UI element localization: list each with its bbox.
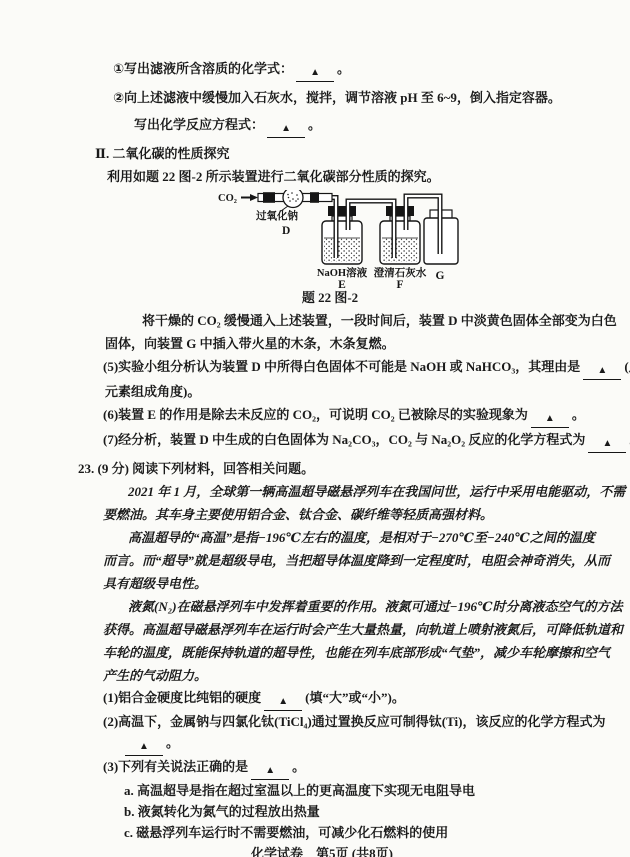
- footer-text: 化学试卷 第5页 (共8页): [251, 846, 393, 857]
- e-letter-label: E: [338, 279, 346, 290]
- answer-blank: ▲: [251, 764, 289, 780]
- q23-passage-line: 液氮(N₂)在磁悬浮列车中发挥着重要的作用。液氮可通过−196℃时分离液态空气的…: [128, 595, 582, 618]
- q23-option-c: c. 磁悬浮列车运行时不需要燃油，可减少化石燃料的使用: [124, 822, 582, 843]
- line-text: (5)实验小组分析认为装置 D 中所得白色固体不可能是 NaOH 或 NaHCO…: [103, 359, 580, 374]
- q23-option-a: a. 高温超导是指在超过室温以上的更高温度下实现无电阻导电: [124, 780, 582, 801]
- line-text: (6)装置 E 的作用是除去未反应的 CO₂，可说明 CO₂ 已被除尽的实验现象…: [103, 407, 528, 422]
- d-letter-label: D: [282, 225, 290, 237]
- line-text: 利用如题 22 图-2 所示装置进行二氧化碳部分性质的探究。: [107, 169, 440, 184]
- e-substance-label: NaOH溶液: [317, 266, 368, 279]
- q22-sub-item-2: ②向上述滤液中缓慢加入石灰水，搅拌，调节溶液 pH 至 6~9，倒入指定容器。: [113, 86, 582, 109]
- blank-triangle: ▲: [602, 438, 612, 449]
- line-text: (7)经分析，装置 D 中生成的白色固体为 Na₂CO₃，CO₂ 与 Na₂O₂…: [103, 432, 585, 447]
- f-letter-label: F: [396, 279, 403, 290]
- q23-heading: 23. (9 分) 阅读下列材料，回答相关问题。: [78, 457, 582, 480]
- exam-paper-page: ①写出滤液所含溶质的化学式：▲。 ②向上述滤液中缓慢加入石灰水，搅拌，调节溶液 …: [0, 0, 630, 857]
- q22-paragraph-line-2: 固体，向装置 G 中插入带火星的木条，木条复燃。: [105, 332, 582, 355]
- q22-item-5: (5)实验小组分析认为装置 D 中所得白色固体不可能是 NaOH 或 NaHCO…: [103, 355, 582, 380]
- line-text: (1)铝合金硬度比纯铝的硬度: [103, 690, 261, 705]
- blank-triangle: ▲: [265, 765, 275, 776]
- q23-passage-line: 要燃油。其车身主要使用铝合金、钛合金、碳纤维等轻质高强材料。: [103, 503, 582, 526]
- line-text: 写出化学反应方程式：: [134, 117, 264, 132]
- line-text: 固体，向装置 G 中插入带火星的木条，木条复燃。: [105, 336, 395, 351]
- line-text: 而言。而“超导”就是超级导电，当把超导体温度降到一定程度时，电阻会神奇消失，从而: [103, 553, 610, 568]
- q23-passage-line: 2021 年 1 月，全球第一辆高温超导磁悬浮列车在我国问世，运行中采用电能驱动…: [128, 480, 582, 503]
- q22-item-7: (7)经分析，装置 D 中生成的白色固体为 Na₂CO₃，CO₂ 与 Na₂O₂…: [103, 428, 582, 453]
- answer-blank: ▲: [296, 66, 334, 82]
- q23-item-2: (2)高温下，金属钠与四氯化钛(TiCl₄)通过置换反应可制得钛(Ti)，该反应…: [103, 711, 582, 732]
- line-text: (填“大”或“小”)。: [305, 690, 405, 705]
- line-text: 高温超导的“高温”是指−196℃左右的温度，是相对于−270℃至−240℃之间的…: [128, 530, 595, 545]
- line-text: 车轮的温度，既能保持轨道的超导性，也能在列车底部形成“气垫”，减少车轮摩擦和空气: [103, 645, 610, 660]
- q22-item-6: (6)装置 E 的作用是除去未反应的 CO₂，可说明 CO₂ 已被除尽的实验现象…: [103, 403, 582, 428]
- line-text: b. 液氮转化为氮气的过程放出热量: [124, 804, 320, 819]
- section-2-title: Ⅱ. 二氧化碳的性质探究: [95, 142, 582, 165]
- line-text: (2)高温下，金属钠与四氯化钛(TiCl₄)通过置换反应可制得钛(Ti)，该反应…: [103, 714, 605, 729]
- line-text: ①写出滤液所含溶质的化学式：: [113, 61, 293, 76]
- blank-triangle: ▲: [545, 413, 555, 424]
- answer-blank: ▲: [264, 695, 302, 711]
- q23-item-2-answer-line: ▲。: [122, 732, 582, 756]
- q23-passage-line: 具有超级导电性。: [103, 572, 582, 595]
- q23-passage-line: 获得。高温超导磁悬浮列车在运行时会产生大量热量，向轨道上喷射液氮后，可降低轨道和: [103, 618, 582, 641]
- line-text: 液氮(N₂)在磁悬浮列车中发挥着重要的作用。液氮可通过−196℃时分离液态空气的…: [128, 599, 623, 614]
- line-text: (从: [624, 359, 630, 374]
- gas-washing-bottle-f: [380, 206, 420, 264]
- experiment-apparatus-diagram: CO₂: [218, 190, 462, 290]
- q22-sub-item-1: ①写出滤液所含溶质的化学式：▲。: [113, 57, 582, 82]
- q23-passage-line: 产生的气动阻力。: [103, 664, 582, 687]
- q23-passage-line: 而言。而“超导”就是超级导电，当把超导体温度降到一定程度时，电阻会神奇消失，从而: [103, 549, 582, 572]
- co2-inlet-label: CO₂: [218, 193, 237, 204]
- line-text: (3)下列有关说法正确的是: [103, 759, 248, 774]
- q23-passage-line: 高温超导的“高温”是指−196℃左右的温度，是相对于−270℃至−240℃之间的…: [128, 526, 582, 549]
- q23-item-1: (1)铝合金硬度比纯铝的硬度▲(填“大”或“小”)。: [103, 687, 582, 711]
- answer-blank: ▲: [531, 412, 569, 428]
- line-text: 2021 年 1 月，全球第一辆高温超导磁悬浮列车在我国问世，运行中采用电能驱动…: [128, 484, 625, 499]
- answer-blank: ▲: [267, 122, 305, 138]
- answer-blank: ▲: [583, 364, 621, 380]
- q23-passage-line: 车轮的温度，既能保持轨道的超导性，也能在列车底部形成“气垫”，减少车轮摩擦和空气: [103, 641, 582, 664]
- page-footer: 化学试卷 第5页 (共8页): [62, 843, 582, 857]
- rubber-stopper: [386, 206, 414, 216]
- line-text: 。: [308, 117, 321, 132]
- line-text: 。: [337, 61, 350, 76]
- line-text: 题 22 图-2: [302, 290, 358, 305]
- q23-option-b: b. 液氮转化为氮气的过程放出热量: [124, 801, 582, 822]
- line-text: Ⅱ. 二氧化碳的性质探究: [95, 146, 229, 161]
- apparatus-d-tube: [258, 190, 332, 211]
- blank-triangle: ▲: [310, 67, 320, 78]
- line-text: 23. (9 分) 阅读下列材料，回答相关问题。: [78, 461, 314, 476]
- line-text: a. 高温超导是指在超过室温以上的更高温度下实现无电阻导电: [124, 783, 475, 798]
- blank-triangle: ▲: [278, 696, 288, 707]
- q23-item-3: (3)下列有关说法正确的是▲。: [103, 756, 582, 780]
- q22-item-5-continuation: 元素组成角度)。: [105, 380, 582, 403]
- blank-triangle: ▲: [597, 365, 607, 376]
- gas-flow-arrow-icon: [250, 194, 258, 201]
- line-text: c. 磁悬浮列车运行时不需要燃油，可减少化石燃料的使用: [124, 825, 448, 840]
- blank-triangle: ▲: [281, 123, 291, 134]
- rubber-stopper: [328, 206, 356, 216]
- answer-blank: ▲: [125, 740, 163, 756]
- line-text: 。: [572, 407, 585, 422]
- f-substance-label: 澄清石灰水: [374, 266, 427, 279]
- line-text: 具有超级导电性。: [103, 576, 207, 591]
- line-text: 。: [292, 759, 305, 774]
- g-letter-label: G: [436, 270, 445, 282]
- q22-figure-intro: 利用如题 22 图-2 所示装置进行二氧化碳部分性质的探究。: [107, 165, 582, 188]
- d-substance-label: 过氧化钠: [255, 209, 298, 222]
- line-text: 获得。高温超导磁悬浮列车在运行时会产生大量热量，向轨道上喷射液氮后，可降低轨道和: [103, 622, 623, 637]
- line-text: 。: [166, 735, 179, 750]
- blank-triangle: ▲: [139, 741, 149, 752]
- answer-blank: ▲: [588, 437, 626, 453]
- line-text: 将干燥的 CO₂ 缓慢通入上述装置，一段时间后，装置 D 中淡黄色固体全部变为白…: [142, 313, 617, 328]
- q22-sub-item-2-equation: 写出化学反应方程式：▲。: [134, 113, 582, 138]
- line-text: 产生的气动阻力。: [103, 668, 207, 683]
- line-text: ②向上述滤液中缓慢加入石灰水，搅拌，调节溶液 pH 至 6~9，倒入指定容器。: [113, 90, 561, 105]
- line-text: 元素组成角度)。: [105, 384, 200, 399]
- figure-caption: 题 22 图-2: [78, 291, 582, 304]
- line-text: 要燃油。其车身主要使用铝合金、钛合金、碳纤维等轻质高强材料。: [103, 507, 493, 522]
- q22-paragraph-line-1: 将干燥的 CO₂ 缓慢通入上述装置，一段时间后，装置 D 中淡黄色固体全部变为白…: [142, 309, 582, 332]
- gas-washing-bottle-e: [322, 206, 362, 264]
